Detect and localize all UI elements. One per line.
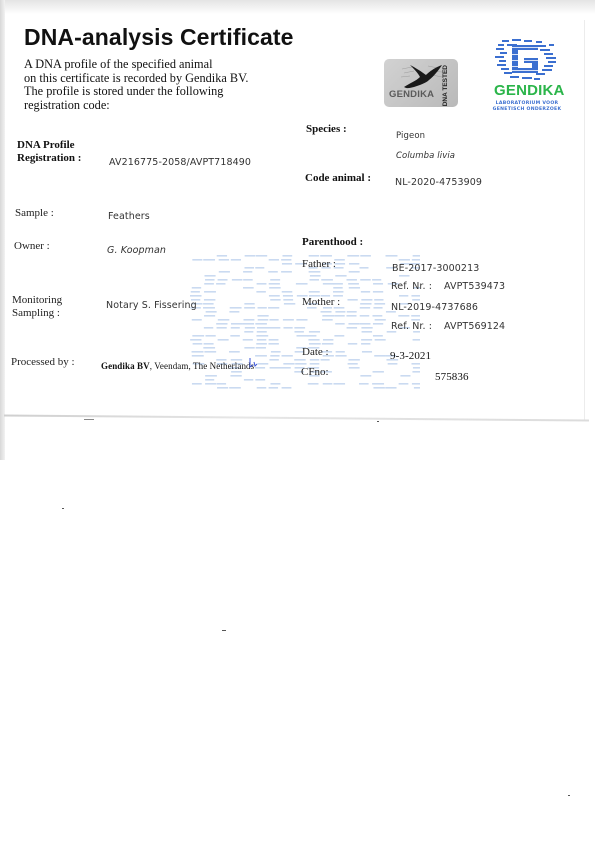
processed-label: Processed by :	[11, 356, 75, 368]
species-common-value: Pigeon	[396, 131, 425, 141]
parenthood-label: Parenthood :	[302, 236, 363, 248]
cfno-label: CFno:	[301, 366, 329, 378]
monitoring-label-2: Sampling :	[12, 307, 60, 319]
mother-ref-label: Ref. Nr. :	[391, 321, 432, 332]
card-edge-right	[584, 20, 585, 420]
intro-line: registration code:	[24, 99, 294, 113]
scan-speck	[222, 630, 226, 631]
lab-name: GENDIKA	[494, 82, 560, 99]
flying-pigeon-icon	[398, 63, 446, 91]
card-edge-bottom	[4, 414, 589, 421]
processed-location: , Veendam, The Netherlands	[150, 361, 255, 371]
code-animal-label: Code animal :	[305, 172, 371, 184]
intro-line: A DNA profile of the specified animal	[24, 58, 294, 72]
registration-value: AV216775-2058/AVPT718490	[109, 157, 251, 168]
monitoring-value: Notary S. Fissering	[106, 300, 197, 311]
dna-g-logo-icon	[494, 38, 560, 82]
initials-mark	[247, 357, 259, 369]
lab-subtitle: LABORATORIUM VOOR GENETISCH ONDERZOEK	[490, 101, 564, 113]
date-label: Date :	[302, 346, 329, 358]
father-value: BE-2017-3000213	[392, 263, 479, 274]
mother-label: Mother :	[302, 296, 340, 308]
mother-ref-value: AVPT569124	[444, 321, 505, 332]
monitoring-label: Monitoring	[12, 294, 62, 306]
father-ref-value: AVPT539473	[444, 281, 505, 292]
owner-value: G. Koopman	[107, 245, 166, 256]
registration-label: DNA Profile	[17, 139, 75, 151]
intro-line: on this certificate is recorded by Gendi…	[24, 72, 294, 86]
species-latin-value: Columba livia	[396, 151, 455, 161]
badge-dna-tested-text: DNA TESTED	[442, 65, 449, 106]
sample-label: Sample :	[15, 207, 54, 219]
scan-speck	[377, 421, 379, 422]
cfno-value: 575836	[435, 371, 469, 383]
dna-tested-badge: GENDIKA DNA TESTED	[384, 59, 458, 107]
owner-label: Owner :	[14, 240, 50, 252]
date-value: 9-3-2021	[390, 350, 431, 362]
intro-line: The profile is stored under the followin…	[24, 85, 294, 99]
scan-speck	[62, 508, 64, 509]
certificate-title: DNA-analysis Certificate	[24, 24, 294, 51]
badge-brand-text: GENDIKA	[389, 89, 434, 100]
scan-speck	[568, 795, 570, 796]
processed-company: Gendika BV	[101, 361, 150, 371]
scan-shadow-left	[0, 0, 5, 460]
code-animal-value: NL-2020-4753909	[395, 177, 482, 188]
lab-subtitle-line: GENETISCH ONDERZOEK	[490, 107, 564, 113]
father-ref-label: Ref. Nr. :	[391, 281, 432, 292]
processed-value: Gendika BV, Veendam, The Netherlands	[101, 361, 254, 371]
father-label: Father :	[302, 258, 336, 270]
intro-text: A DNA profile of the specified animal on…	[24, 58, 294, 112]
registration-label-2: Registration :	[17, 152, 81, 164]
sample-value: Feathers	[108, 211, 150, 222]
scan-speck	[84, 419, 94, 420]
scan-shadow-top	[0, 0, 595, 14]
certificate-page: DNA-analysis Certificate A DNA profile o…	[0, 0, 595, 841]
mother-value: NL-2019-4737686	[391, 302, 478, 313]
species-label: Species :	[306, 123, 347, 135]
